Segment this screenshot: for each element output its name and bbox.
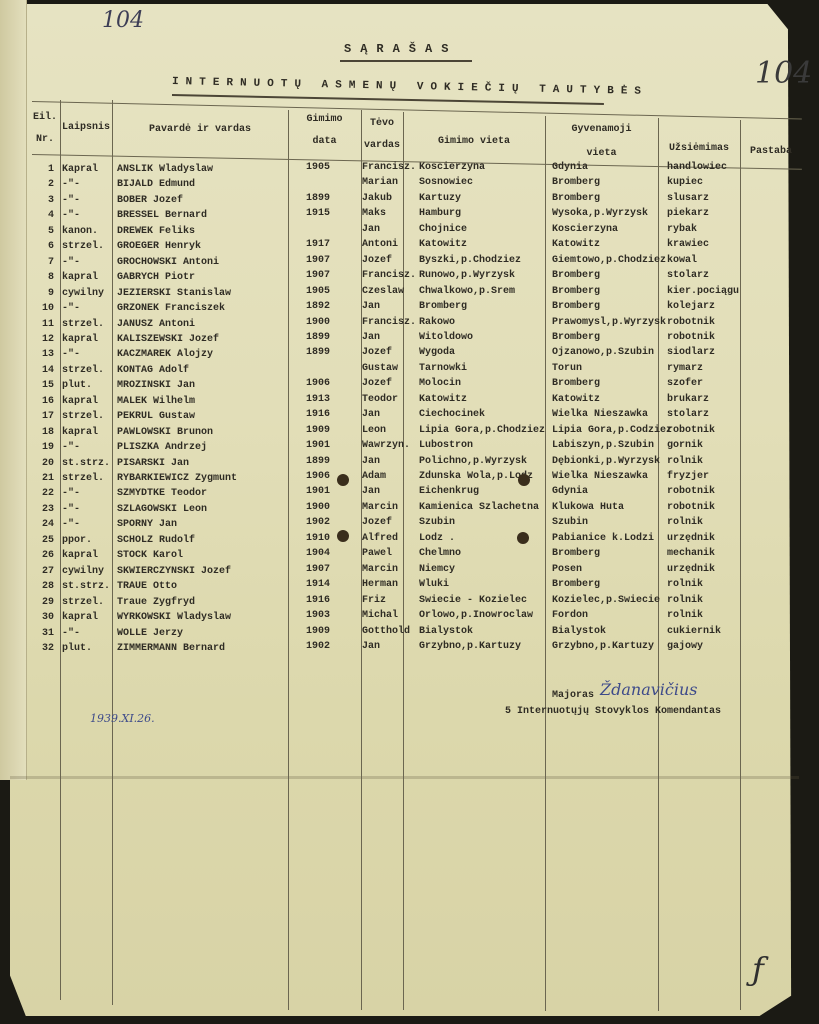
cell-name: ZIMMERMANN Bernard (117, 643, 225, 655)
cell-rank: st.strz. (62, 458, 110, 470)
cell-residence: Bromberg (552, 579, 600, 591)
cell-name: PEKRUL Gustaw (117, 411, 195, 423)
cell-rank: -"- (62, 210, 80, 222)
cell-father: Wawrzyn. (362, 440, 410, 452)
col-divider (740, 120, 741, 1010)
cell-residence: Labiszyn,p.Szubin (552, 440, 654, 452)
cell-occupation: szofer (667, 378, 703, 390)
col-divider (545, 116, 546, 1011)
signature-title: 5 Internuotųjų Stovyklos Komendantas (505, 706, 721, 717)
cell-residence: Wielka Nieszawka (552, 409, 648, 421)
cell-occupation: kolejarz (667, 301, 715, 313)
cell-residence: Bialystok (552, 626, 606, 638)
cell-nr: 13 (30, 349, 54, 361)
cell-birth-date: 1907 (306, 564, 330, 576)
cell-father: Jan (362, 301, 380, 313)
cell-name: MROZINSKI Jan (117, 380, 195, 392)
cell-father: Jan (362, 409, 380, 421)
cell-occupation: rymarz (667, 363, 703, 375)
cell-nr: 8 (30, 272, 54, 284)
cell-rank: plut. (62, 643, 92, 655)
cell-nr: 29 (30, 597, 54, 609)
cell-birth-place: Witoldowo (419, 332, 473, 344)
header-father: Tėvovardas (361, 118, 403, 152)
cell-nr: 9 (30, 288, 54, 300)
cell-rank: cywilny (62, 288, 104, 300)
cell-occupation: krawiec (667, 239, 709, 251)
cell-occupation: siodlarz (667, 347, 715, 359)
cell-name: Traue Zygfryd (117, 597, 195, 609)
cell-father: Maks (362, 208, 386, 220)
cell-rank: -"- (62, 504, 80, 516)
cell-birth-date: 1906 (306, 471, 330, 483)
cell-birth-date: 1917 (306, 239, 330, 251)
cell-nr: 15 (30, 380, 54, 392)
cell-rank: -"- (62, 442, 80, 454)
cell-rank: kapral (62, 427, 98, 439)
cell-nr: 25 (30, 535, 54, 547)
cell-name: ANSLIK Wladyslaw (117, 164, 213, 176)
cell-nr: 18 (30, 427, 54, 439)
cell-father: Jakub (362, 193, 392, 205)
header-birth-date: Gimimodata (288, 114, 361, 148)
cell-name: GROEGER Henryk (117, 241, 201, 253)
cell-occupation: stolarz (667, 409, 709, 421)
cell-residence: Grzybno,p.Kartuzy (552, 641, 654, 653)
col-divider (288, 110, 289, 1010)
header-residence: Gyvenamojivieta (545, 124, 658, 160)
cell-birth-place: Tarnowki (419, 363, 467, 375)
cell-name: DREWEK Feliks (117, 226, 195, 238)
cell-birth-date: 1913 (306, 394, 330, 406)
cell-rank: -"- (62, 179, 80, 191)
title-underline (340, 60, 472, 62)
cell-residence: Fordon (552, 610, 588, 622)
signature-handwritten: Ždanavičius (600, 680, 698, 699)
cell-rank: -"- (62, 519, 80, 531)
cell-father: Marian (362, 177, 398, 189)
cell-birth-place: Wygoda (419, 347, 455, 359)
cell-name: JANUSZ Antoni (117, 319, 195, 331)
cell-occupation: handlowiec (667, 162, 727, 174)
cell-nr: 10 (30, 303, 54, 315)
cell-birth-date: 1900 (306, 502, 330, 514)
cell-nr: 21 (30, 473, 54, 485)
cell-occupation: robotnik (667, 332, 715, 344)
col-divider (658, 118, 659, 1011)
cell-occupation: urzędnik (667, 533, 715, 545)
cell-occupation: rolnik (667, 517, 703, 529)
cell-father: Jozef (362, 517, 392, 529)
punch-hole (337, 474, 349, 486)
cell-rank: -"- (62, 488, 80, 500)
cell-rank: strzel. (62, 365, 104, 377)
cell-nr: 14 (30, 365, 54, 377)
cell-residence: Szubin (552, 517, 588, 529)
cell-birth-date: 1901 (306, 486, 330, 498)
cell-father: Friz (362, 595, 386, 607)
cell-birth-place: Rakowo (419, 317, 455, 329)
cell-rank: kapral (62, 272, 98, 284)
cell-residence: Bromberg (552, 270, 600, 282)
cell-rank: kapral (62, 550, 98, 562)
cell-occupation: fryzjer (667, 471, 709, 483)
cell-name: STOCK Karol (117, 550, 183, 562)
cell-birth-date: 1907 (306, 270, 330, 282)
cell-nr: 24 (30, 519, 54, 531)
cell-birth-place: Byszki,p.Chodziez (419, 255, 521, 267)
cell-nr: 32 (30, 643, 54, 655)
header-name: Pavardė ir vardas (112, 124, 288, 136)
cell-name: SCHOLZ Rudolf (117, 535, 195, 547)
cell-birth-date: 1910 (306, 533, 330, 545)
cell-nr: 16 (30, 396, 54, 408)
cell-rank: cywilny (62, 566, 104, 578)
cell-residence: Posen (552, 564, 582, 576)
cell-birth-date: 1902 (306, 641, 330, 653)
cell-nr: 31 (30, 628, 54, 640)
cell-occupation: robotnik (667, 317, 715, 329)
cell-occupation: kowal (667, 255, 697, 267)
cell-name: RYBARKIEWICZ Zygmunt (117, 473, 237, 485)
cell-residence: Bromberg (552, 548, 600, 560)
header-note: Pastaba (740, 146, 802, 158)
cell-father: Jozef (362, 378, 392, 390)
cell-residence: Pabianice k.Lodzi (552, 533, 654, 545)
cell-birth-date: 1909 (306, 626, 330, 638)
cell-name: GROCHOWSKI Antoni (117, 257, 219, 269)
cell-birth-date: 1899 (306, 347, 330, 359)
cell-rank: ppor. (62, 535, 92, 547)
cell-birth-place: Katowitz (419, 239, 467, 251)
cell-birth-place: Niemcy (419, 564, 455, 576)
cell-occupation: mechanik (667, 548, 715, 560)
cell-birth-place: Eichenkrug (419, 486, 479, 498)
cell-father: Francisz. (362, 162, 416, 174)
cell-occupation: urzędnik (667, 564, 715, 576)
cell-occupation: stolarz (667, 270, 709, 282)
cell-rank: strzel. (62, 319, 104, 331)
punch-hole (517, 532, 529, 544)
cell-residence: Bromberg (552, 332, 600, 344)
cell-occupation: piekarz (667, 208, 709, 220)
punch-hole (337, 530, 349, 542)
cell-birth-date: 1909 (306, 425, 330, 437)
cell-rank: kapral (62, 396, 98, 408)
cell-name: PAWLOWSKI Brunon (117, 427, 213, 439)
cell-residence: Wysoka,p.Wyrzysk (552, 208, 648, 220)
cell-name: MALEK Wilhelm (117, 396, 195, 408)
cell-name: JEZIERSKI Stanislaw (117, 288, 231, 300)
bottom-mark: ƒ (752, 950, 764, 988)
cell-occupation: kier.pociągu (667, 286, 739, 298)
cell-rank: st.strz. (62, 581, 110, 593)
cell-birth-place: Polichno,p.Wyrzysk (419, 456, 527, 468)
cell-nr: 12 (30, 334, 54, 346)
cell-birth-place: Chojnice (419, 224, 467, 236)
header-birth-place: Gimimo vieta (403, 136, 545, 148)
cell-nr: 2 (30, 179, 54, 191)
cell-occupation: rolnik (667, 610, 703, 622)
cell-birth-date: 1902 (306, 517, 330, 529)
col-divider (60, 100, 61, 1000)
cell-nr: 26 (30, 550, 54, 562)
cell-nr: 19 (30, 442, 54, 454)
cell-father: Marcin (362, 502, 398, 514)
cell-father: Gotthold (362, 626, 410, 638)
cell-birth-date: 1892 (306, 301, 330, 313)
cell-residence: Gdynia (552, 486, 588, 498)
cell-name: SPORNY Jan (117, 519, 177, 531)
cell-father: Jan (362, 456, 380, 468)
cell-rank: kanon. (62, 226, 98, 238)
cell-name: SZMYDTKE Teodor (117, 488, 207, 500)
cell-residence: Koscierzyna (552, 224, 618, 236)
cell-occupation: robotnik (667, 425, 715, 437)
cell-father: Adam (362, 471, 386, 483)
header-rank: Laipsnis (60, 122, 112, 134)
cell-occupation: gajowy (667, 641, 703, 653)
fold-line (10, 776, 799, 779)
cell-name: KACZMAREK Alojzy (117, 349, 213, 361)
cell-birth-place: Sosnowiec (419, 177, 473, 189)
cell-birth-place: Grzybno,p.Kartuzy (419, 641, 521, 653)
cell-nr: 30 (30, 612, 54, 624)
cell-residence: Dębionki,p.Wyrzysk (552, 456, 660, 468)
cell-rank: strzel. (62, 473, 104, 485)
cell-residence: Wielka Nieszawka (552, 471, 648, 483)
cell-nr: 27 (30, 566, 54, 578)
cell-birth-place: Lodz . (419, 533, 455, 545)
cell-occupation: gornik (667, 440, 703, 452)
cell-name: TRAUE Otto (117, 581, 177, 593)
cell-residence: Ojzanowo,p.Szubin (552, 347, 654, 359)
cell-birth-place: Swiecie - Kozielec (419, 595, 527, 607)
cell-birth-place: Kartuzy (419, 193, 461, 205)
cell-name: GRZONEK Franciszek (117, 303, 225, 315)
cell-nr: 7 (30, 257, 54, 269)
cell-name: WOLLE Jerzy (117, 628, 183, 640)
cell-birth-place: Lipia Gora,p.Chodziez (419, 425, 545, 437)
binder-edge (0, 0, 27, 780)
cell-nr: 22 (30, 488, 54, 500)
cell-residence: Bromberg (552, 177, 600, 189)
cell-name: PISARSKI Jan (117, 458, 189, 470)
cell-residence: Klukowa Huta (552, 502, 624, 514)
cell-nr: 20 (30, 458, 54, 470)
cell-nr: 23 (30, 504, 54, 516)
cell-rank: -"- (62, 349, 80, 361)
cell-father: Michal (362, 610, 398, 622)
cell-name: BIJALD Edmund (117, 179, 195, 191)
cell-occupation: cukiernik (667, 626, 721, 638)
cell-residence: Katowitz (552, 239, 600, 251)
cell-birth-place: Koscierzyna (419, 162, 485, 174)
cell-rank: kapral (62, 612, 98, 624)
cell-birth-place: Runowo,p.Wyrzysk (419, 270, 515, 282)
cell-father: Gustaw (362, 363, 398, 375)
cell-birth-place: Ciechocinek (419, 409, 485, 421)
cell-residence: Bromberg (552, 301, 600, 313)
cell-birth-date: 1907 (306, 255, 330, 267)
cell-birth-place: Bromberg (419, 301, 467, 313)
cell-nr: 1 (30, 164, 54, 176)
cell-birth-date: 1900 (306, 317, 330, 329)
cell-name: KONTAG Adolf (117, 365, 189, 377)
cell-father: Czeslaw (362, 286, 404, 298)
cell-birth-place: Wluki (419, 579, 449, 591)
cell-birth-place: Chelmno (419, 548, 461, 560)
cell-father: Herman (362, 579, 398, 591)
cell-birth-date: 1899 (306, 332, 330, 344)
cell-occupation: rolnik (667, 579, 703, 591)
cell-name: WYRKOWSKI Wladyslaw (117, 612, 231, 624)
cell-nr: 4 (30, 210, 54, 222)
cell-birth-place: Hamburg (419, 208, 461, 220)
cell-birth-place: Kamienica Szlachetna (419, 502, 539, 514)
cell-birth-date: 1905 (306, 286, 330, 298)
cell-rank: plut. (62, 380, 92, 392)
handwritten-date: 1939.XI.26. (90, 712, 155, 725)
cell-name: BOBER Jozef (117, 195, 183, 207)
cell-residence: Prawomysl,p.Wyrzysk (552, 317, 666, 329)
cell-occupation: rolnik (667, 595, 703, 607)
cell-father: Marcin (362, 564, 398, 576)
cell-father: Teodor (362, 394, 398, 406)
cell-nr: 3 (30, 195, 54, 207)
cell-father: Jozef (362, 255, 392, 267)
cell-birth-place: Orlowo,p.Inowroclaw (419, 610, 533, 622)
cell-rank: strzel. (62, 411, 104, 423)
cell-birth-place: Chwalkowo,p.Srem (419, 286, 515, 298)
cell-residence: Lipia Gora,p.Codziez (552, 425, 672, 437)
cell-name: GABRYCH Piotr (117, 272, 195, 284)
cell-rank: -"- (62, 303, 80, 315)
cell-nr: 6 (30, 241, 54, 253)
cell-birth-date: 1916 (306, 409, 330, 421)
punch-hole (518, 474, 530, 486)
cell-father: Jan (362, 486, 380, 498)
cell-residence: Giemtowo,p.Chodziez (552, 255, 666, 267)
cell-nr: 11 (30, 319, 54, 331)
cell-birth-date: 1899 (306, 456, 330, 468)
cell-birth-date: 1915 (306, 208, 330, 220)
cell-nr: 5 (30, 226, 54, 238)
document-title: SĄRAŠAS (344, 42, 457, 56)
cell-father: Jan (362, 224, 380, 236)
cell-rank: -"- (62, 628, 80, 640)
cell-name: SZLAGOWSKI Leon (117, 504, 207, 516)
cell-residence: Katowitz (552, 394, 600, 406)
cell-birth-place: Bialystok (419, 626, 473, 638)
cell-rank: strzel. (62, 597, 104, 609)
cell-residence: Kozielec,p.Swiecie (552, 595, 660, 607)
cell-rank: -"- (62, 257, 80, 269)
cell-nr: 17 (30, 411, 54, 423)
cell-name: SKWIERCZYNSKI Jozef (117, 566, 231, 578)
cell-residence: Bromberg (552, 193, 600, 205)
cell-birth-date: 1914 (306, 579, 330, 591)
cell-rank: Kapral (62, 164, 98, 176)
cell-father: Jan (362, 332, 380, 344)
page-number-top-right: 104 (755, 56, 812, 91)
col-divider (403, 112, 404, 1010)
cell-birth-place: Szubin (419, 517, 455, 529)
cell-birth-place: Molocin (419, 378, 461, 390)
page-number-top-left: 104 (102, 8, 144, 33)
header-nr: Eil.Nr. (30, 112, 60, 146)
cell-rank: kapral (62, 334, 98, 346)
cell-occupation: rybak (667, 224, 697, 236)
cell-birth-date: 1901 (306, 440, 330, 452)
cell-father: Jozef (362, 347, 392, 359)
cell-nr: 28 (30, 581, 54, 593)
cell-occupation: robotnik (667, 502, 715, 514)
cell-father: Francisz. (362, 270, 416, 282)
header-occupation: Užsiėmimas (658, 143, 740, 155)
cell-name: KALISZEWSKI Jozef (117, 334, 219, 346)
col-divider (112, 100, 113, 1005)
cell-birth-date: 1903 (306, 610, 330, 622)
cell-occupation: kupiec (667, 177, 703, 189)
cell-father: Jan (362, 641, 380, 653)
cell-birth-date: 1904 (306, 548, 330, 560)
cell-residence: Bromberg (552, 286, 600, 298)
cell-name: BRESSEL Bernard (117, 210, 207, 222)
cell-residence: Bromberg (552, 378, 600, 390)
cell-occupation: brukarz (667, 394, 709, 406)
cell-father: Antoni (362, 239, 398, 251)
cell-rank: strzel. (62, 241, 104, 253)
cell-residence: Torun (552, 363, 582, 375)
cell-residence: Gdynia (552, 162, 588, 174)
cell-occupation: robotnik (667, 486, 715, 498)
cell-birth-place: Katowitz (419, 394, 467, 406)
cell-occupation: rolnik (667, 456, 703, 468)
cell-birth-place: Zdunska Wola,p.Lodz (419, 471, 533, 483)
cell-father: Leon (362, 425, 386, 437)
signature-rank: Majoras (552, 690, 594, 701)
cell-birth-date: 1906 (306, 378, 330, 390)
cell-father: Alfred (362, 533, 398, 545)
cell-birth-place: Lubostron (419, 440, 473, 452)
cell-rank: -"- (62, 195, 80, 207)
cell-name: PLISZKA Andrzej (117, 442, 207, 454)
cell-birth-date: 1905 (306, 162, 330, 174)
cell-father: Pawel (362, 548, 392, 560)
cell-father: Francisz. (362, 317, 416, 329)
cell-occupation: slusarz (667, 193, 709, 205)
cell-birth-date: 1899 (306, 193, 330, 205)
cell-birth-date: 1916 (306, 595, 330, 607)
